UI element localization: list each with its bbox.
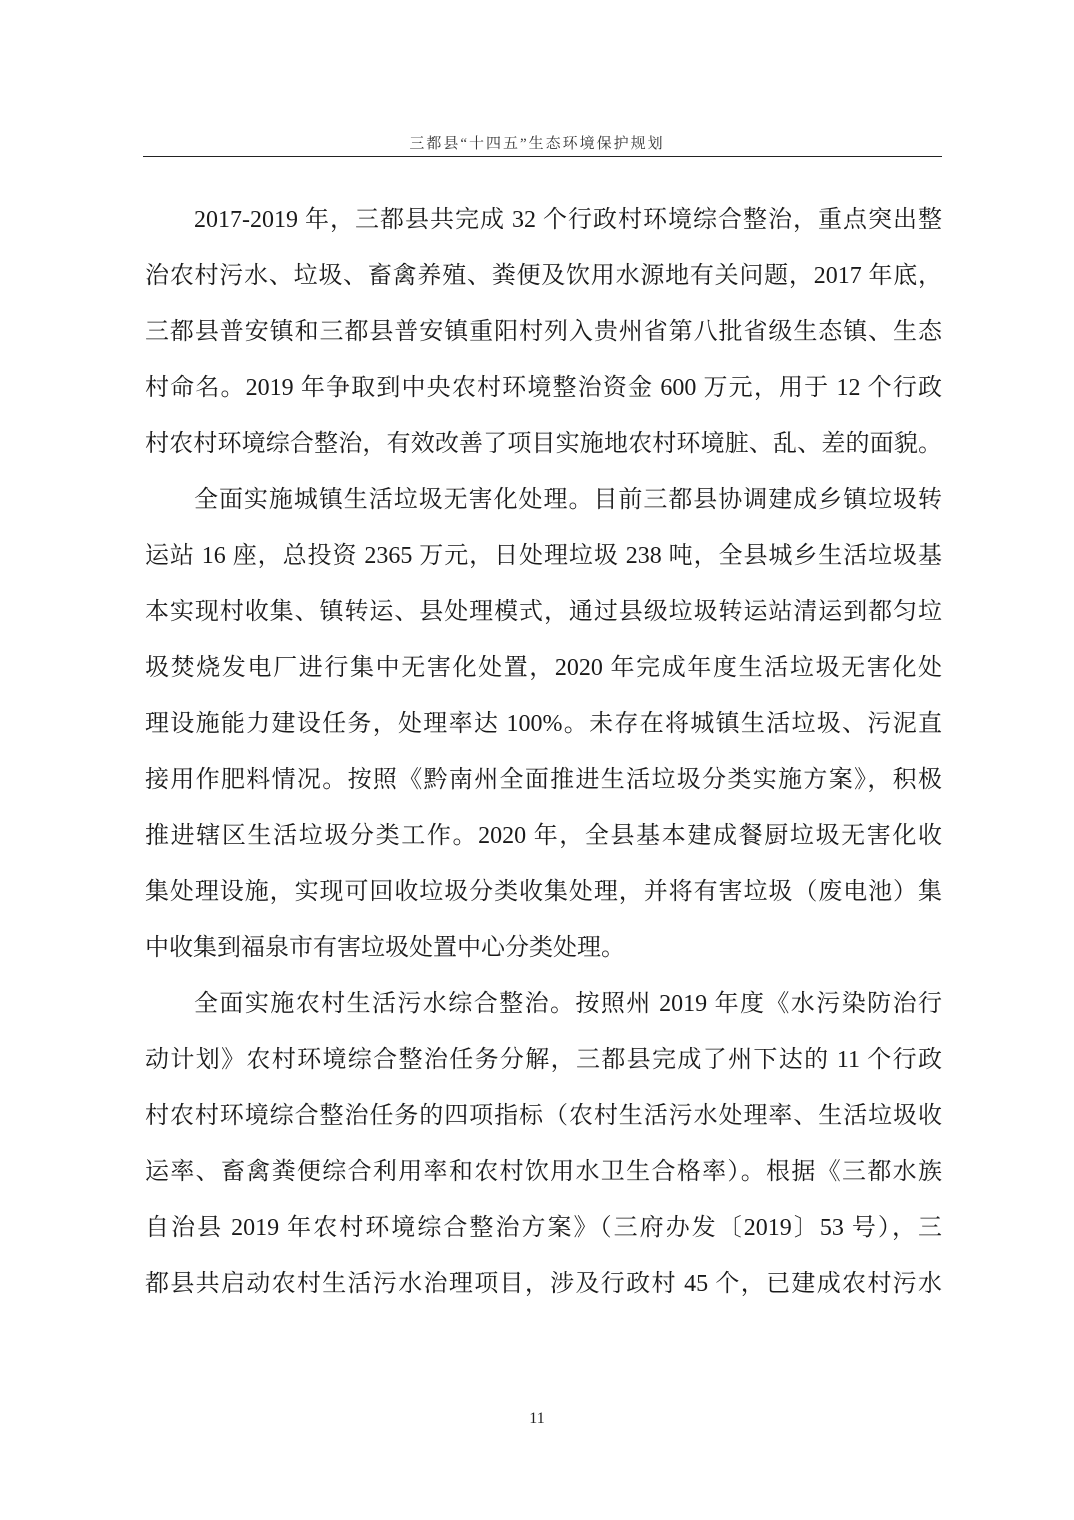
paragraph-2: 全面实施城镇生活垃圾无害化处理。目前三都县协调建成乡镇垃圾转 运站 16 座，总… [145,472,942,976]
text-line: 自治县 2019 年农村环境综合整治方案》（三府办发〔2019〕53 号），三 [145,1200,942,1256]
paragraph-3: 全面实施农村生活污水综合整治。按照州 2019 年度《水污染防治行 动计划》农村… [145,976,942,1312]
text-line: 动计划》农村环境综合整治任务分解，三都县完成了州下达的 11 个行政 [145,1032,942,1088]
text-line: 运率、畜禽粪便综合利用率和农村饮用水卫生合格率）。根据《三都水族 [145,1144,942,1200]
text-line: 村农村环境综合整治任务的四项指标（农村生活污水处理率、生活垃圾收 [145,1088,942,1144]
document-body: 2017-2019 年，三都县共完成 32 个行政村环境综合整治，重点突出整 治… [145,192,942,1312]
text-line: 2017-2019 年，三都县共完成 32 个行政村环境综合整治，重点突出整 [145,192,942,248]
text-line: 都县共启动农村生活污水治理项目，涉及行政村 45 个，已建成农村污水 [145,1256,942,1312]
text-line: 治农村污水、垃圾、畜禽养殖、粪便及饮用水源地有关问题，2017 年底， [145,248,942,304]
text-line: 全面实施农村生活污水综合整治。按照州 2019 年度《水污染防治行 [145,976,942,1032]
paragraph-1: 2017-2019 年，三都县共完成 32 个行政村环境综合整治，重点突出整 治… [145,192,942,472]
text-line: 集处理设施，实现可回收垃圾分类收集处理，并将有害垃圾（废电池）集 [145,864,942,920]
text-line: 本实现村收集、镇转运、县处理模式，通过县级垃圾转运站清运到都匀垃 [145,584,942,640]
text-line: 圾焚烧发电厂进行集中无害化处置，2020 年完成年度生活垃圾无害化处 [145,640,942,696]
text-line: 全面实施城镇生活垃圾无害化处理。目前三都县协调建成乡镇垃圾转 [145,472,942,528]
running-header-title: 三都县“十四五”生态环境保护规划 [0,132,1074,153]
text-line: 村农村环境综合整治，有效改善了项目实施地农村环境脏、乱、差的面貌。 [145,416,942,472]
text-line: 中收集到福泉市有害垃圾处置中心分类处理。 [145,920,942,976]
text-line: 推进辖区生活垃圾分类工作。2020 年，全县基本建成餐厨垃圾无害化收 [145,808,942,864]
text-line: 村命名。2019 年争取到中央农村环境整治资金 600 万元，用于 12 个行政 [145,360,942,416]
text-line: 运站 16 座，总投资 2365 万元，日处理垃圾 238 吨，全县城乡生活垃圾… [145,528,942,584]
text-line: 三都县普安镇和三都县普安镇重阳村列入贵州省第八批省级生态镇、生态 [145,304,942,360]
text-line: 理设施能力建设任务，处理率达 100%。未存在将城镇生活垃圾、污泥直 [145,696,942,752]
text-line: 接用作肥料情况。按照《黔南州全面推进生活垃圾分类实施方案》，积极 [145,752,942,808]
header-divider [143,156,942,157]
page-number: 11 [0,1410,1074,1428]
